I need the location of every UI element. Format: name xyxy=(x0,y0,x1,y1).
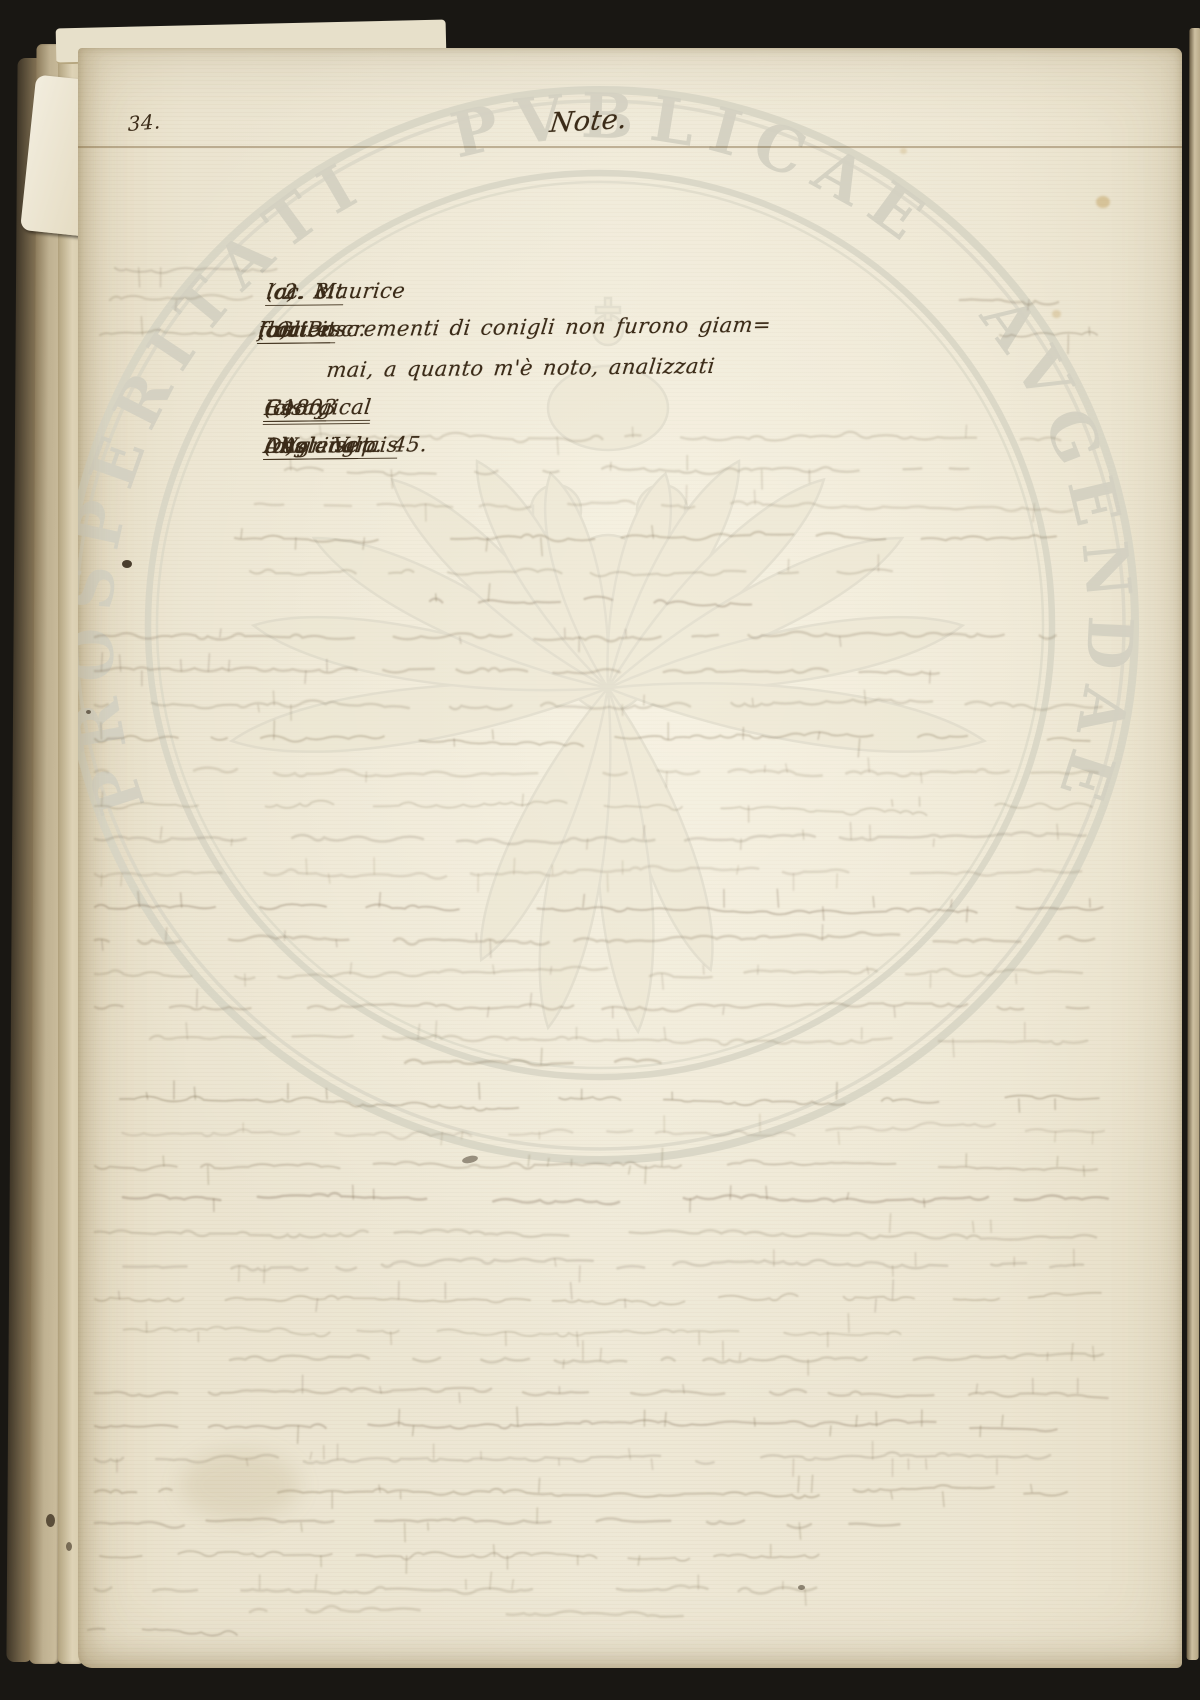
note-d-segment: . Vol. V. p. 45. xyxy=(263,432,428,458)
manuscript-page: PROSPERITATI PVBLICAE AVGENDAE 34. Note.… xyxy=(78,48,1182,1668)
ink-layer: 34. Note. (a). Maurice loc. cit. 2. 3.(b… xyxy=(78,48,1182,1668)
scanned-manuscript: PROSPERITATI PVBLICAE AVGENDAE 34. Note.… xyxy=(0,0,1200,1700)
damp-stain xyxy=(180,1450,300,1520)
ink-fleck xyxy=(798,1585,805,1590)
foxing-stain xyxy=(900,148,907,154)
next-page-sliver xyxy=(1187,28,1200,1660)
note-a-segment: . 2. 3. xyxy=(265,279,337,304)
ink-blot xyxy=(122,560,132,568)
ink-dot xyxy=(86,710,91,714)
foxing-stain xyxy=(1096,196,1110,208)
margin-mark xyxy=(66,1542,72,1551)
foxing-stain xyxy=(1052,310,1061,318)
notes-block: (a). Maurice loc. cit. 2. 3.(b). Bosc. l… xyxy=(78,48,1182,1668)
note-c-segment: . 1803 xyxy=(263,395,338,420)
margin-mark xyxy=(46,1514,55,1527)
note-b2-segment: mai, a quanto m'è noto, analizzati xyxy=(325,354,716,382)
note-b-segment: . Gli escrementi di conigli non furono g… xyxy=(257,313,772,342)
